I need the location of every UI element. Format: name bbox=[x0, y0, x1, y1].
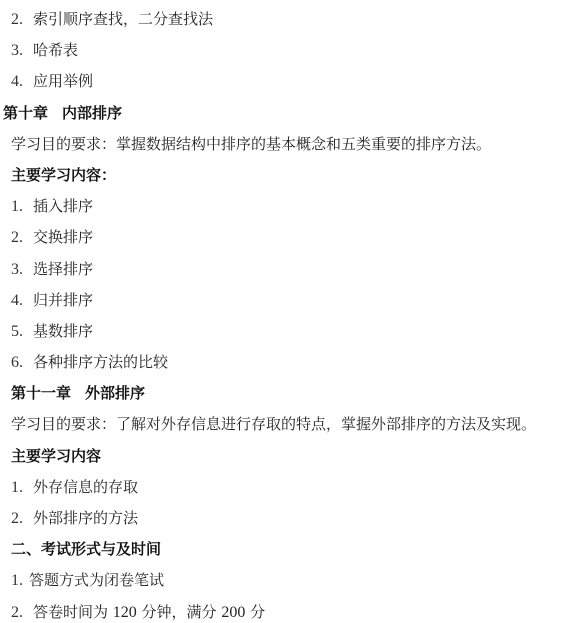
item-number: 6. bbox=[11, 354, 23, 371]
item-text: 外存信息的存取 bbox=[33, 478, 138, 496]
chapter-number: 第十章 bbox=[3, 104, 48, 122]
chapter-title: 外部排序 bbox=[85, 384, 145, 402]
subheading-text: 主要学习内容： bbox=[11, 166, 116, 184]
item-text: 外部排序的方法 bbox=[33, 509, 138, 527]
chapter-heading: 第十章内部排序 bbox=[0, 98, 565, 129]
item-text: 应用举例 bbox=[33, 72, 93, 90]
item-text-part: 分 bbox=[245, 603, 265, 621]
item-number: 2. bbox=[11, 11, 23, 28]
item-number: 4. bbox=[11, 73, 23, 90]
paragraph-text: 学习目的要求：了解对外存信息进行存取的特点，掌握外部排序的方法及实现。 bbox=[11, 415, 536, 433]
subheading-text: 主要学习内容 bbox=[11, 447, 101, 465]
list-item: 2.答卷时间为 120 分钟，满分 200 分 bbox=[0, 597, 565, 623]
item-number: 1. bbox=[11, 479, 23, 496]
list-item: 2.交换排序 bbox=[0, 222, 565, 253]
paragraph-text: 学习目的要求：掌握数据结构中排序的基本概念和五类重要的排序方法。 bbox=[11, 135, 491, 153]
list-item: 6.各种排序方法的比较 bbox=[0, 347, 565, 378]
item-text: 选择排序 bbox=[33, 260, 93, 278]
list-item: 3.哈希表 bbox=[0, 35, 565, 66]
item-number: 3. bbox=[11, 261, 23, 278]
paragraph-objective: 学习目的要求：了解对外存信息进行存取的特点，掌握外部排序的方法及实现。 bbox=[0, 409, 565, 440]
item-number: 2. bbox=[11, 510, 23, 527]
item-text: 交换排序 bbox=[33, 228, 93, 246]
chapter-heading: 第十一章外部排序 bbox=[0, 378, 565, 409]
full-score-value: 200 bbox=[221, 604, 245, 621]
list-item: 5.基数排序 bbox=[0, 316, 565, 347]
item-text: 索引顺序查找，二分查找法 bbox=[33, 10, 213, 28]
list-item: 2.外部排序的方法 bbox=[0, 503, 565, 534]
item-number: 3. bbox=[11, 42, 23, 59]
list-item: 2.索引顺序查找，二分查找法 bbox=[0, 4, 565, 35]
exam-duration-value: 120 bbox=[113, 604, 137, 621]
item-text: 归并排序 bbox=[33, 291, 93, 309]
chapter-number: 第十一章 bbox=[11, 384, 71, 402]
paragraph-objective: 学习目的要求：掌握数据结构中排序的基本概念和五类重要的排序方法。 bbox=[0, 129, 565, 160]
item-text-part: 分钟，满分 bbox=[137, 603, 222, 621]
section-heading: 二、考试形式与及时间 bbox=[0, 534, 565, 565]
item-text: 基数排序 bbox=[33, 322, 93, 340]
list-item: 1.插入排序 bbox=[0, 191, 565, 222]
chapter-title: 内部排序 bbox=[62, 104, 122, 122]
item-text-part: 答卷时间为 bbox=[33, 603, 113, 621]
item-number: 5. bbox=[11, 323, 23, 340]
subheading: 主要学习内容 bbox=[0, 441, 565, 472]
list-item: 1.答题方式为闭卷笔试 bbox=[0, 565, 565, 596]
item-number: 2. bbox=[11, 229, 23, 246]
document-body: 2.索引顺序查找，二分查找法 3.哈希表 4.应用举例 第十章内部排序 学习目的… bbox=[0, 4, 565, 623]
list-item: 1.外存信息的存取 bbox=[0, 472, 565, 503]
item-text: 各种排序方法的比较 bbox=[33, 353, 168, 371]
item-number: 2. bbox=[11, 604, 23, 621]
item-number: 1. bbox=[11, 572, 23, 589]
item-text: 插入排序 bbox=[33, 197, 93, 215]
list-item: 4.应用举例 bbox=[0, 66, 565, 97]
list-item: 4.归并排序 bbox=[0, 285, 565, 316]
item-text: 答题方式为闭卷笔试 bbox=[29, 571, 164, 589]
item-number: 1. bbox=[11, 198, 23, 215]
subheading: 主要学习内容： bbox=[0, 160, 565, 191]
list-item: 3.选择排序 bbox=[0, 254, 565, 285]
section-heading-text: 二、考试形式与及时间 bbox=[11, 540, 161, 558]
item-number: 4. bbox=[11, 292, 23, 309]
item-text: 哈希表 bbox=[33, 41, 78, 59]
